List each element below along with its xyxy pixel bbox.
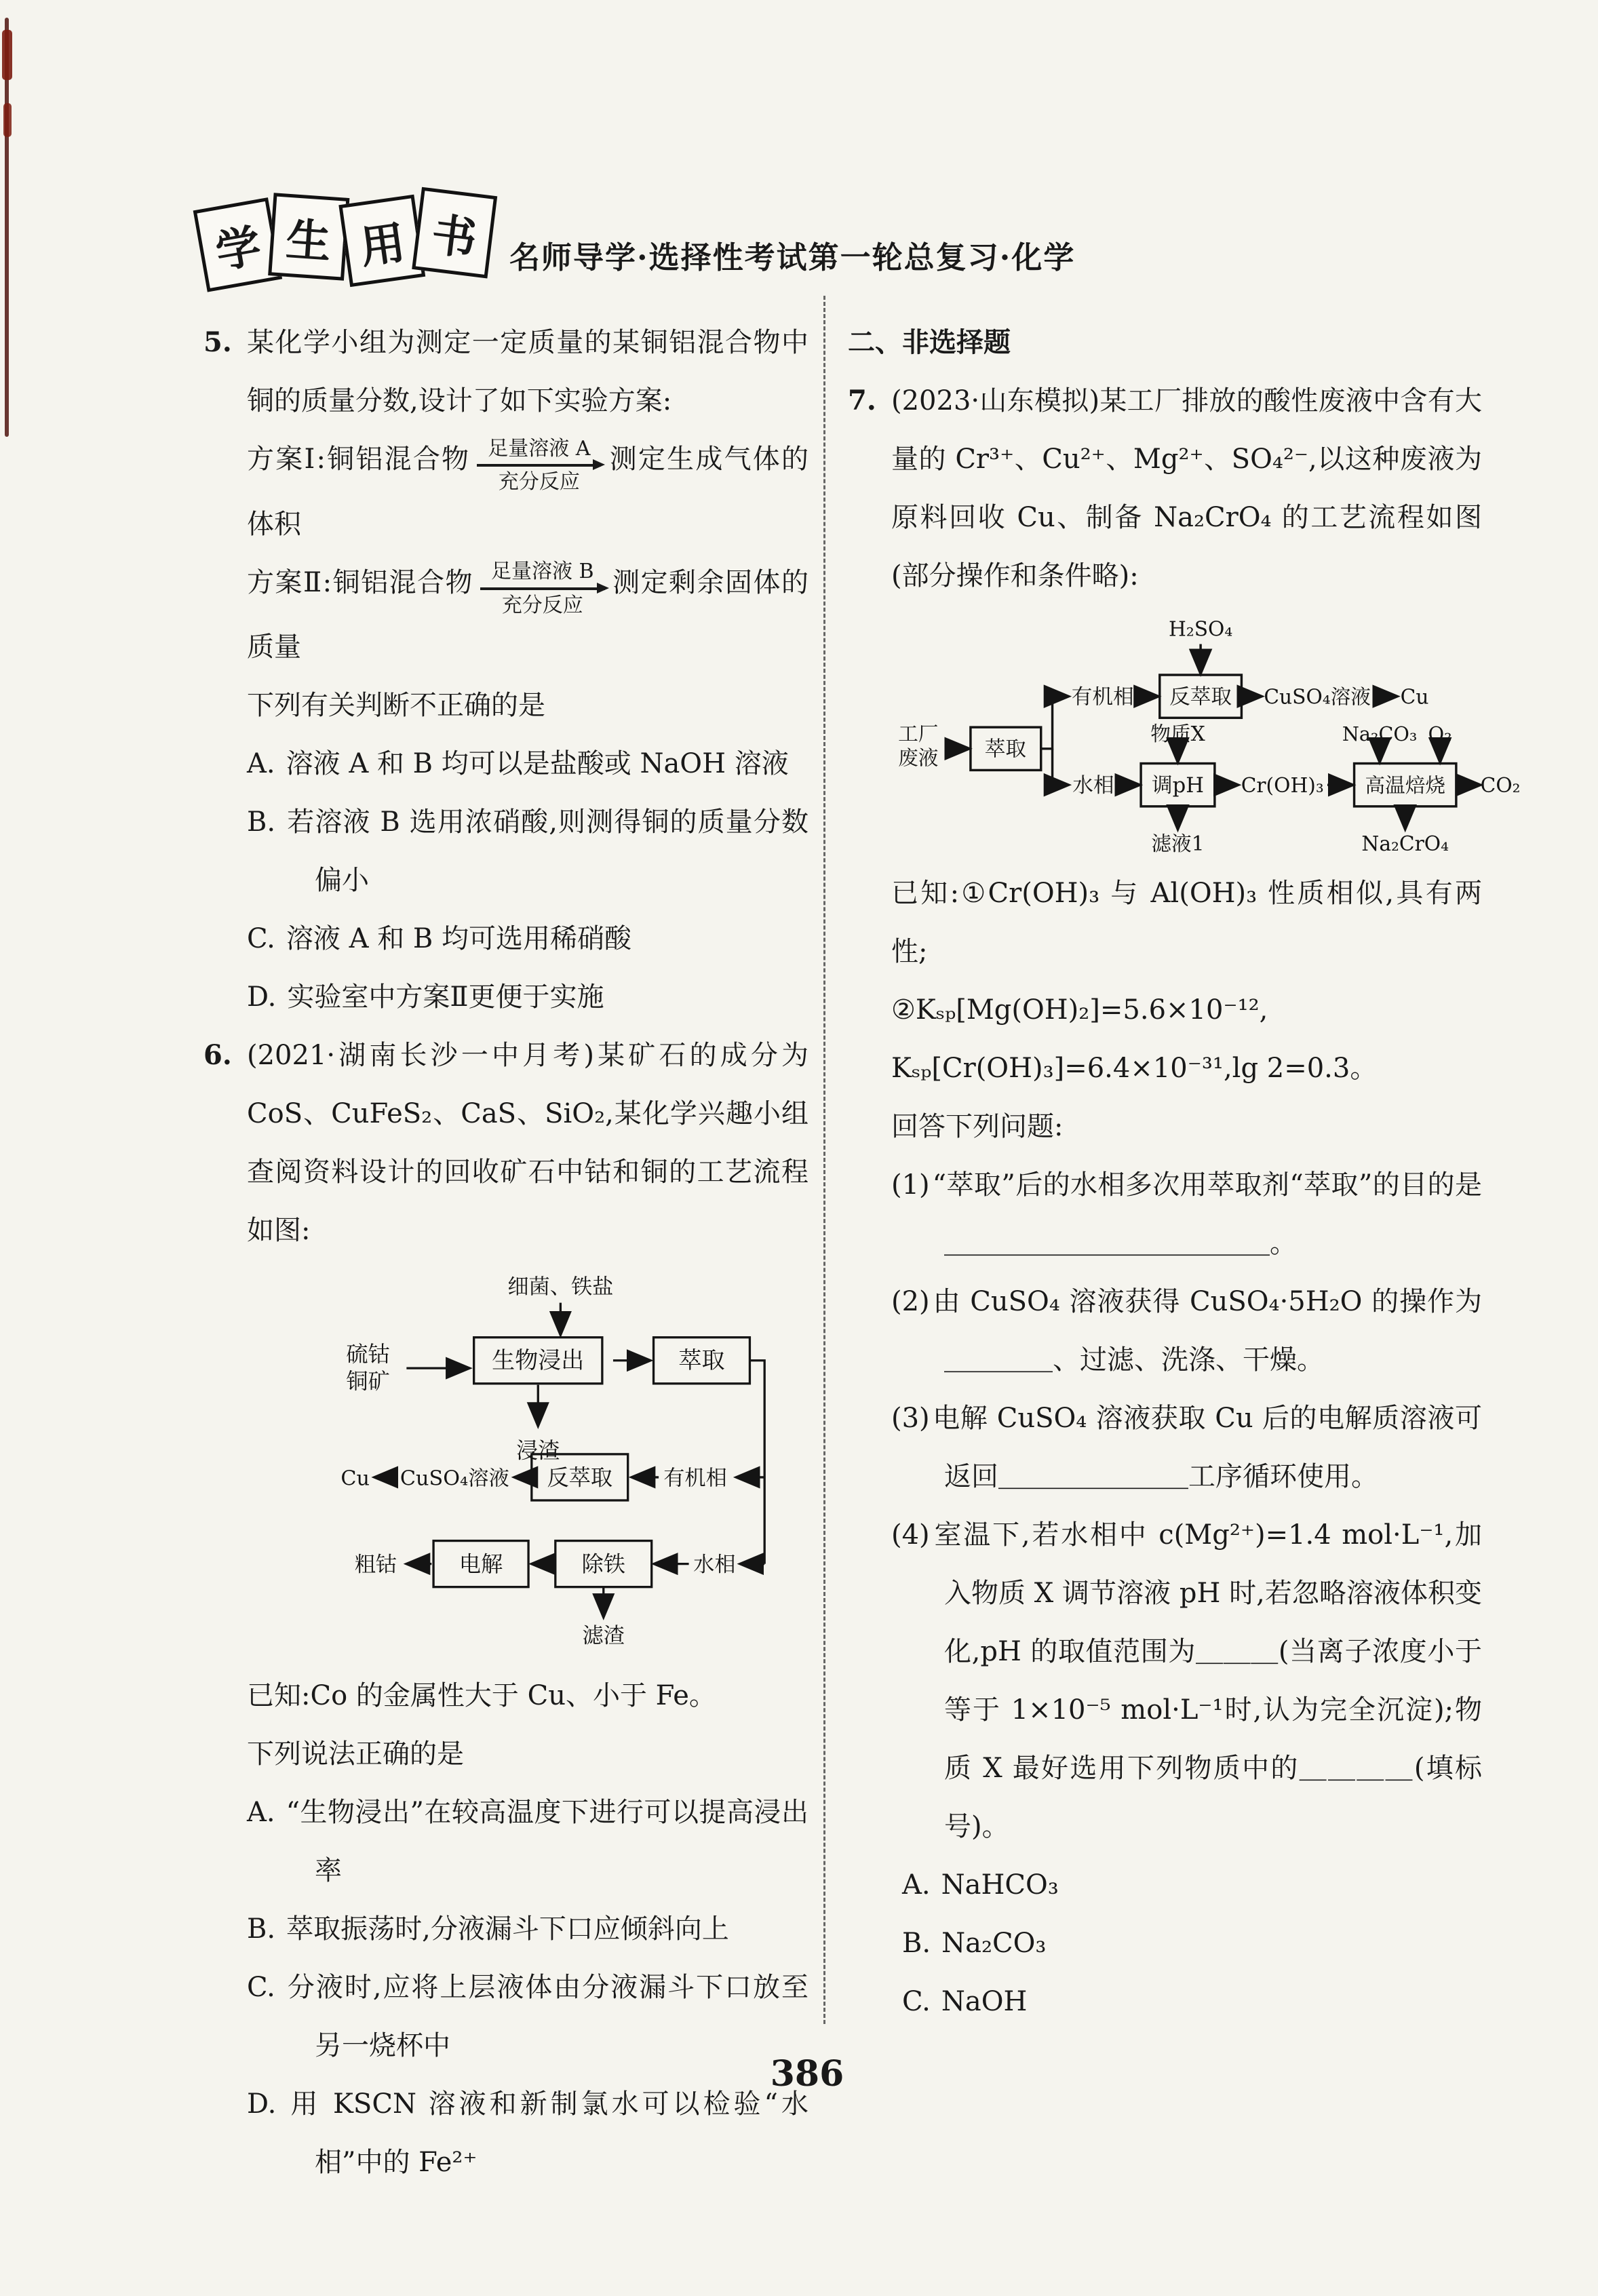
question-5: 5. 某化学小组为测定一定质量的某铜铝混合物中铜的质量分数,设计了如下实验方案:… [203,313,808,1026]
option-text: 实验室中方案Ⅱ更便于实施 [287,981,604,1013]
option-label: A. [247,1797,275,1828]
reaction-arrow: 足量溶液 B充分反应 [480,559,605,618]
option-row: A.“生物浸出”在较高温度下进行可以提高浸出率 [247,1783,808,1900]
option-row: B.萃取振荡时,分液漏斗下口应倾斜向上 [247,1900,808,1958]
option-row: A.NaHCO₃ [891,1856,1482,1914]
option-text: 萃取振荡时,分液漏斗下口应倾斜向上 [286,1913,729,1945]
q6-flow-label-cuso4-solution: CuSO₄溶液 [400,1466,509,1490]
logo-tile: 用 [338,195,425,287]
q7-flow-label-cu: Cu [1401,685,1429,709]
sub-question-1: (1)“萃取”后的水相多次用萃取剂“萃取”的目的是＿＿＿＿＿＿＿＿＿＿＿＿。 [891,1156,1482,1272]
option-row: C.NaOH [891,1972,1482,2031]
sub-question-label: (1) [891,1169,930,1201]
scan-red-mark [3,103,12,137]
option-row: D.实验室中方案Ⅱ更便于实施 [247,968,808,1026]
option-label: B. [247,1913,275,1945]
q6-flow-label-ore-line1: 硫钴 [346,1342,389,1367]
option-label: A. [902,1869,931,1901]
question-7: 7. (2023·山东模拟)某工厂排放的酸性废液中含有大量的 Cr³⁺、Cu²⁺… [848,372,1482,2031]
scheme-2-before: 方案Ⅱ:铜铝混合物 [247,567,473,598]
option-label: C. [247,1972,275,2003]
q7-flow-label-waste-line2: 废液 [898,746,938,770]
scheme-1-before: 方案Ⅰ:铜铝混合物 [247,444,470,475]
q7-flow-label-na2co3: Na₂CO₃ [1342,722,1418,745]
option-row: B.若溶液 B 选用浓硝酸,则测得铜的质量分数偏小 [247,793,808,910]
q7-flow-label-h2so4: H₂SO₄ [1169,617,1232,641]
scanned-textbook-page: 学 生 用 书 名师导学·选择性考试第一轮总复习·化学 5. 某化学小组为测定一… [0,0,1598,2296]
option-row: C.溶液 A 和 B 均可选用稀硝酸 [247,910,808,968]
option-row: C.分液时,应将上层液体由分液漏斗下口放至另一烧杯中 [247,1958,808,2075]
q7-flow-label-cuso4-solution: CuSO₄溶液 [1264,685,1371,709]
q7-flow-label-waste-line1: 工厂 [898,722,938,745]
sub-question-label: (3) [891,1403,930,1434]
q6-flow-box-bioleach-label: 生物浸出 [492,1347,584,1374]
option-label: B. [247,806,275,838]
option-label: A. [247,748,275,779]
sub-question-label: (4) [891,1519,930,1551]
sub-question-text: 由 CuSO₄ 溶液获得 CuSO₄·5H₂O 的操作为＿＿＿＿、过滤、洗涤、干… [933,1286,1482,1376]
q7-flow-box-adjust-ph-label: 调pH [1152,774,1204,798]
option-row: D.用 KSCN 溶液和新制氯水可以检验“水相”中的 Fe²⁺ [247,2075,808,2192]
page-title: 名师导学·选择性考试第一轮总复习·化学 [509,233,1075,281]
logo-tile: 书 [412,187,497,279]
option-label: C. [247,923,275,954]
option-text: 用 KSCN 溶液和新制氯水可以检验“水相”中的 Fe²⁺ [287,2088,808,2178]
option-text: “生物浸出”在较高温度下进行可以提高浸出率 [286,1797,808,1886]
page-header: 学 生 用 书 名师导学·选择性考试第一轮总复习·化学 [199,198,1075,281]
q7-flow-box-extract-label: 萃取 [985,738,1026,762]
option-row: A.溶液 A 和 B 均可以是盐酸或 NaOH 溶液 [247,735,808,793]
q6-flow-label-organic-phase: 有机相 [663,1466,727,1490]
column-divider [823,296,825,2024]
question-7-intro: (2023·山东模拟)某工厂排放的酸性废液中含有大量的 Cr³⁺、Cu²⁺、Mg… [891,372,1482,605]
q6-flowchart: 细菌、铁盐 硫钴 铜矿 [304,1272,779,1657]
question-5-stem: 下列有关判断不正确的是 [247,676,808,735]
reaction-arrow: 足量溶液 A充分反应 [477,436,601,495]
sub-question-text: 电解 CuSO₄ 溶液获取 Cu 后的电解质溶液可返回＿＿＿＿＿＿＿工序循环使用… [933,1403,1482,1492]
option-text: 溶液 A 和 B 均可以是盐酸或 NaOH 溶液 [286,748,789,779]
question-5-intro: 某化学小组为测定一定质量的某铜铝混合物中铜的质量分数,设计了如下实验方案: [247,313,808,430]
q6-flow-label-ore-line2: 铜矿 [346,1368,389,1394]
q7-flow-label-co2: CO₂ [1481,773,1521,797]
question-6-intro: (2021·湖南长沙一中月考)某矿石的成分为 CoS、CuFeS₂、CaS、Si… [247,1026,808,1260]
option-label: D. [247,981,276,1013]
question-7-known-3: Kₛₚ[Cr(OH)₃]=6.4×10⁻³¹,lg 2=0.3。 [891,1039,1482,1097]
arrow-below-label: 充分反应 [480,587,605,619]
option-label: C. [902,1986,931,2017]
option-label: D. [247,2088,276,2120]
page-number: 386 [766,2054,848,2095]
sub-question-text: “萃取”后的水相多次用萃取剂“萃取”的目的是＿＿＿＿＿＿＿＿＿＿＿＿。 [933,1169,1482,1259]
q6-flow-label-aqueous-phase: 水相 [693,1553,735,1577]
option-label: B. [902,1928,931,1959]
logo-tile: 生 [268,193,349,281]
sub-question-label: (2) [891,1286,930,1317]
scan-red-mark [2,30,12,80]
question-7-known-2: ②Kₛₚ[Mg(OH)₂]=5.6×10⁻¹², [891,981,1482,1039]
option-row: B.Na₂CO₃ [891,1914,1482,1972]
q7-flow-label-croh3: Cr(OH)₃ [1241,773,1324,797]
q6-flow-label-leach-residue: 浸渣 [516,1438,560,1464]
q7-flow-label-aqueous-phase: 水相 [1072,774,1114,798]
option-text: 若溶液 B 选用浓硝酸,则测得铜的质量分数偏小 [286,806,808,896]
scan-edge-artifact [5,18,9,437]
q7-flow-box-backextract-label: 反萃取 [1169,686,1232,709]
option-text: Na₂CO₃ [941,1928,1046,1959]
option-text: 溶液 A 和 B 均可选用稀硝酸 [286,923,631,954]
option-text: 分液时,应将上层液体由分液漏斗下口放至另一烧杯中 [286,1972,808,2061]
question-7-prompt: 回答下列问题: [891,1097,1482,1156]
q6-flow-box-electrolysis-label: 电解 [459,1551,503,1577]
option-text: NaOH [941,1986,1028,2017]
question-6-stem: 下列说法正确的是 [247,1725,808,1783]
logo-tile: 学 [193,197,282,292]
arrow-below-label: 充分反应 [477,464,601,495]
sub-question-3: (3)电解 CuSO₄ 溶液获取 Cu 后的电解质溶液可返回＿＿＿＿＿＿＿工序循… [891,1389,1482,1506]
question-6-known: 已知:Co 的金属性大于 Cu、小于 Fe。 [247,1667,808,1725]
q6-flow-label-cu: Cu [340,1466,370,1490]
sub-question-text: 室温下,若水相中 c(Mg²⁺)=1.4 mol·L⁻¹,加入物质 X 调节溶液… [933,1519,1482,1842]
arrow-above-label: 足量溶液 A [477,436,601,465]
left-column: 5. 某化学小组为测定一定质量的某铜铝混合物中铜的质量分数,设计了如下实验方案:… [203,313,808,2192]
sub-question-2: (2)由 CuSO₄ 溶液获得 CuSO₄·5H₂O 的操作为＿＿＿＿、过滤、洗… [891,1272,1482,1389]
question-5-number: 5. [203,313,232,372]
right-column: 二、非选择题 7. (2023·山东模拟)某工厂排放的酸性废液中含有大量的 Cr… [848,313,1482,2031]
arrow-above-label: 足量溶液 B [480,559,605,587]
section-heading: 二、非选择题 [848,313,1482,372]
q7-flow-label-o2: O₂ [1428,722,1452,745]
question-5-scheme-1: 方案Ⅰ:铜铝混合物足量溶液 A充分反应测定生成气体的体积 [247,430,808,553]
q7-flow-label-substance-x: 物质X [1150,722,1205,745]
q6-flow-label-bacteria-iron-salt: 细菌、铁盐 [507,1275,613,1299]
sub-question-4: (4)室温下,若水相中 c(Mg²⁺)=1.4 mol·L⁻¹,加入物质 X 调… [891,1506,1482,1856]
q6-flow-label-filter-residue: 滤渣 [583,1624,625,1648]
q7-flow-label-organic-phase: 有机相 [1072,686,1134,709]
question-6-number: 6. [203,1026,232,1085]
option-text: NaHCO₃ [941,1869,1059,1901]
q6-flow-box-deiron-label: 除铁 [582,1551,625,1577]
question-5-scheme-2: 方案Ⅱ:铜铝混合物足量溶液 B充分反应测定剩余固体的质量 [247,553,808,677]
q6-flow-box-extract-label: 萃取 [678,1347,724,1374]
q7-flow-label-na2cro4: Na₂CrO₄ [1361,832,1449,855]
question-7-number: 7. [848,372,876,430]
q7-flowchart: H₂SO₄ [891,616,1522,857]
q7-flow-box-roast-label: 高温焙烧 [1365,773,1445,797]
question-6: 6. (2021·湖南长沙一中月考)某矿石的成分为 CoS、CuFeS₂、CaS… [203,1026,808,2192]
question-7-known-1: 已知:①Cr(OH)₃ 与 Al(OH)₃ 性质相似,具有两性; [891,864,1482,981]
student-book-logo: 学 生 用 书 [199,198,492,281]
q6-flow-label-crude-cobalt: 粗钴 [355,1553,397,1577]
q7-flow-label-filtrate1: 滤液1 [1151,832,1204,855]
q6-flow-box-backextract-label: 反萃取 [547,1464,612,1490]
